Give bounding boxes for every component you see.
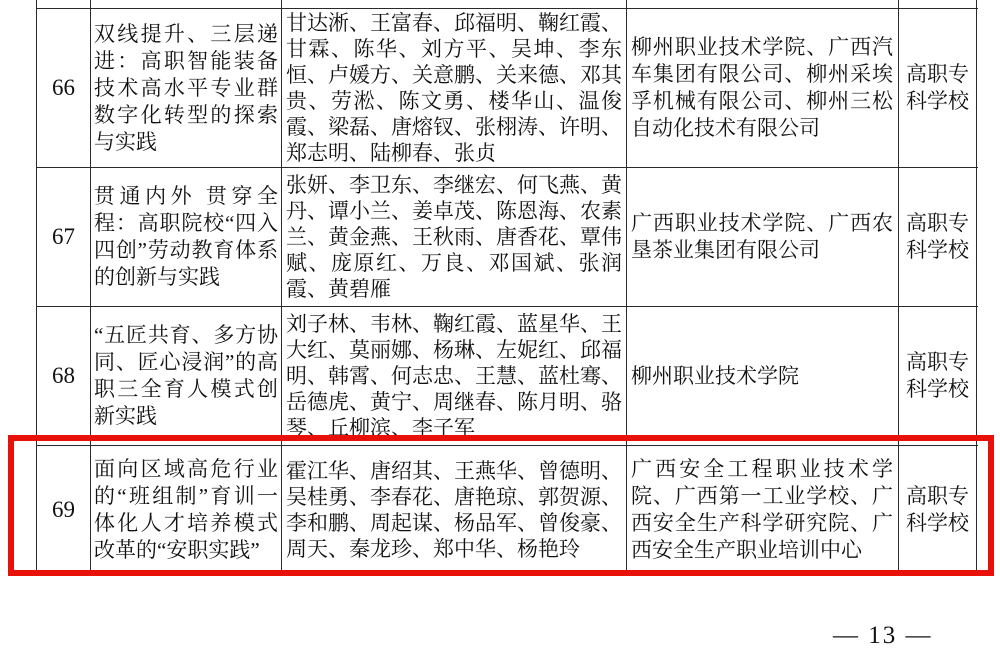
table-row: 68 “五匠共育、多方协同、匠心浸润”的高职三全育人模式创新实践 刘子林、韦林、… [37,307,978,446]
organizations-cell: 广西职业技术学院、广西农垦茶业集团有限公司 [627,168,899,306]
serial-cell [37,0,91,8]
project-title: “五匠共育、多方协同、匠心浸润”的高职三全育人模式创新实践 [91,322,281,430]
organization-names: 广西职业技术学院、广西农垦茶业集团有限公司 [627,210,898,264]
school-category: 高职专科学校 [899,210,976,264]
organization-names: 柳州职业技术学院、广西汽车集团有限公司、柳州采埃孚机械有限公司、柳州三松自动化技… [627,34,898,142]
team-cell: 刘子林、韦林、鞠红霞、蓝星华、王大红、莫丽娜、杨琳、左妮红、邱福明、韩霄、何志忠… [282,307,627,445]
team-members: 张妍、李卫东、李继宏、何飞燕、黄丹、谭小兰、姜卓茂、陈恩海、农素兰、黄金燕、王秋… [282,172,626,302]
category-cell: 高职专科学校 [899,446,977,574]
team-members: 甘达淅、王富春、邱福明、鞠红霞、甘霖、陈华、刘方平、吴坤、李东恒、卢媛方、关意鹏… [282,10,626,166]
team-cell: 张妍、李卫东、李继宏、何飞燕、黄丹、谭小兰、姜卓茂、陈恩海、农素兰、黄金燕、王秋… [282,168,627,306]
category-cell: 高职专科学校 [899,9,977,167]
organizations-cell: 柳州职业技术学院、广西汽车集团有限公司、柳州采埃孚机械有限公司、柳州三松自动化技… [627,9,899,167]
serial-number: 68 [37,363,90,389]
project-title: 面向区域高危行业的“班组制”育训一体化人才培养模式改革的“安职实践” [91,456,281,564]
title-cell: “五匠共育、多方协同、匠心浸润”的高职三全育人模式创新实践 [91,307,282,445]
serial-number: 69 [37,497,90,523]
table-row: 66 双线提升、三层递进：高职智能装备技术高水平专业群数字化转型的探索与实践 甘… [37,9,978,168]
category-cell: 高职专科学校 [899,168,977,306]
serial-number: 67 [37,224,90,250]
team-cell: 甘达淅、王富春、邱福明、鞠红霞、甘霖、陈华、刘方平、吴坤、李东恒、卢媛方、关意鹏… [282,9,627,167]
title-cell [91,0,282,8]
title-cell: 贯通内外 贯穿全程：高职院校“四入四创”劳动教育体系的创新与实践 [91,168,282,306]
project-title: 双线提升、三层递进：高职智能装备技术高水平专业群数字化转型的探索与实践 [91,21,281,156]
school-category: 高职专科学校 [899,483,976,537]
serial-cell: 67 [37,168,91,306]
organization-names: 柳州职业技术学院 [627,363,898,390]
award-table: 66 双线提升、三层递进：高职智能装备技术高水平专业群数字化转型的探索与实践 甘… [36,0,978,575]
serial-number: 66 [37,75,90,101]
organizations-cell: 柳州职业技术学院 [627,307,899,445]
organizations-cell: 广西安全工程职业技术学院、广西第一工业学校、广西安全生产科学研究院、广西安全生产… [627,446,899,574]
team-cell [282,0,627,8]
table-row-highlighted: 69 面向区域高危行业的“班组制”育训一体化人才培养模式改革的“安职实践” 霍江… [37,446,978,575]
table-row-partial [37,0,978,9]
school-category: 高职专科学校 [899,349,976,403]
page-number: — 13 — [833,622,933,650]
serial-cell: 69 [37,446,91,574]
category-cell [899,0,977,8]
organizations-cell [627,0,899,8]
table-row: 67 贯通内外 贯穿全程：高职院校“四入四创”劳动教育体系的创新与实践 张妍、李… [37,168,978,307]
project-title: 贯通内外 贯穿全程：高职院校“四入四创”劳动教育体系的创新与实践 [91,183,281,291]
team-members: 刘子林、韦林、鞠红霞、蓝星华、王大红、莫丽娜、杨琳、左妮红、邱福明、韩霄、何志忠… [282,311,626,441]
school-category: 高职专科学校 [899,61,976,115]
team-members: 霍江华、唐绍其、王燕华、曾德明、吴桂勇、李春花、唐艳琼、郭贺源、李和鹏、周起谋、… [282,458,626,562]
title-cell: 面向区域高危行业的“班组制”育训一体化人才培养模式改革的“安职实践” [91,446,282,574]
title-cell: 双线提升、三层递进：高职智能装备技术高水平专业群数字化转型的探索与实践 [91,9,282,167]
serial-cell: 68 [37,307,91,445]
serial-cell: 66 [37,9,91,167]
organization-names: 广西安全工程职业技术学院、广西第一工业学校、广西安全生产科学研究院、广西安全生产… [627,456,898,564]
category-cell: 高职专科学校 [899,307,977,445]
team-cell: 霍江华、唐绍其、王燕华、曾德明、吴桂勇、李春花、唐艳琼、郭贺源、李和鹏、周起谋、… [282,446,627,574]
